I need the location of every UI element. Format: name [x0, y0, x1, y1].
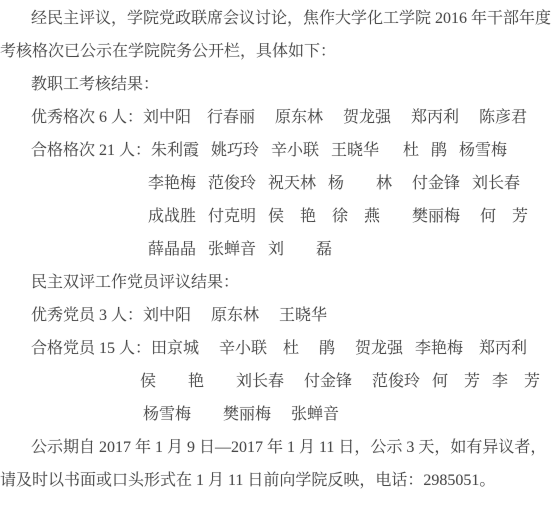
staff-qualified-line-1: 合格格次 21 人：朱利霞 姚巧玲 辛小联 王晓华 杜 鹃 杨雪梅 [0, 134, 554, 167]
party-qualified-line-1: 合格党员 15 人：田京城 辛小联 杜 鹃 贺龙强 李艳梅 郑丙利 [0, 332, 554, 365]
staff-qualified-line-3: 成战胜 付克明 侯 艳 徐 燕 樊丽梅 何 芳 [0, 200, 554, 233]
notice-line-2: 请及时以书面或口头形式在 1 月 11 日前向学院反映，电话：2985051。 [0, 464, 554, 497]
staff-qualified-line-2: 李艳梅 范俊玲 祝天林 杨 林 付金锋 刘长春 [0, 167, 554, 200]
party-qualified-line-3: 杨雪梅 樊丽梅 张蝉音 [0, 398, 554, 431]
staff-results-heading: 教职工考核结果： [0, 68, 554, 101]
staff-qualified-line-4: 薛晶晶 张蝉音 刘 磊 [0, 233, 554, 266]
party-excellent-line: 优秀党员 3 人：刘中阳 原东林 王晓华 [0, 299, 554, 332]
intro-line-2: 考核格次已公示在学院院务公开栏，具体如下： [0, 35, 554, 68]
party-qualified-line-2: 侯 艳 刘长春 付金锋 范俊玲 何 芳 李 芳 [0, 365, 554, 398]
party-review-heading: 民主双评工作党员评议结果： [0, 266, 554, 299]
staff-excellent-line: 优秀格次 6 人：刘中阳 行春丽 原东林 贺龙强 郑丙利 陈彦君 [0, 101, 554, 134]
announcement-page: 经民主评议，学院党政联席会议讨论，焦作大学化工学院 2016 年干部年度 考核格… [0, 0, 554, 497]
intro-line-1: 经民主评议，学院党政联席会议讨论，焦作大学化工学院 2016 年干部年度 [0, 2, 554, 35]
notice-line-1: 公示期自 2017 年 1 月 9 日—2017 年 1 月 11 日，公示 3… [0, 431, 554, 464]
